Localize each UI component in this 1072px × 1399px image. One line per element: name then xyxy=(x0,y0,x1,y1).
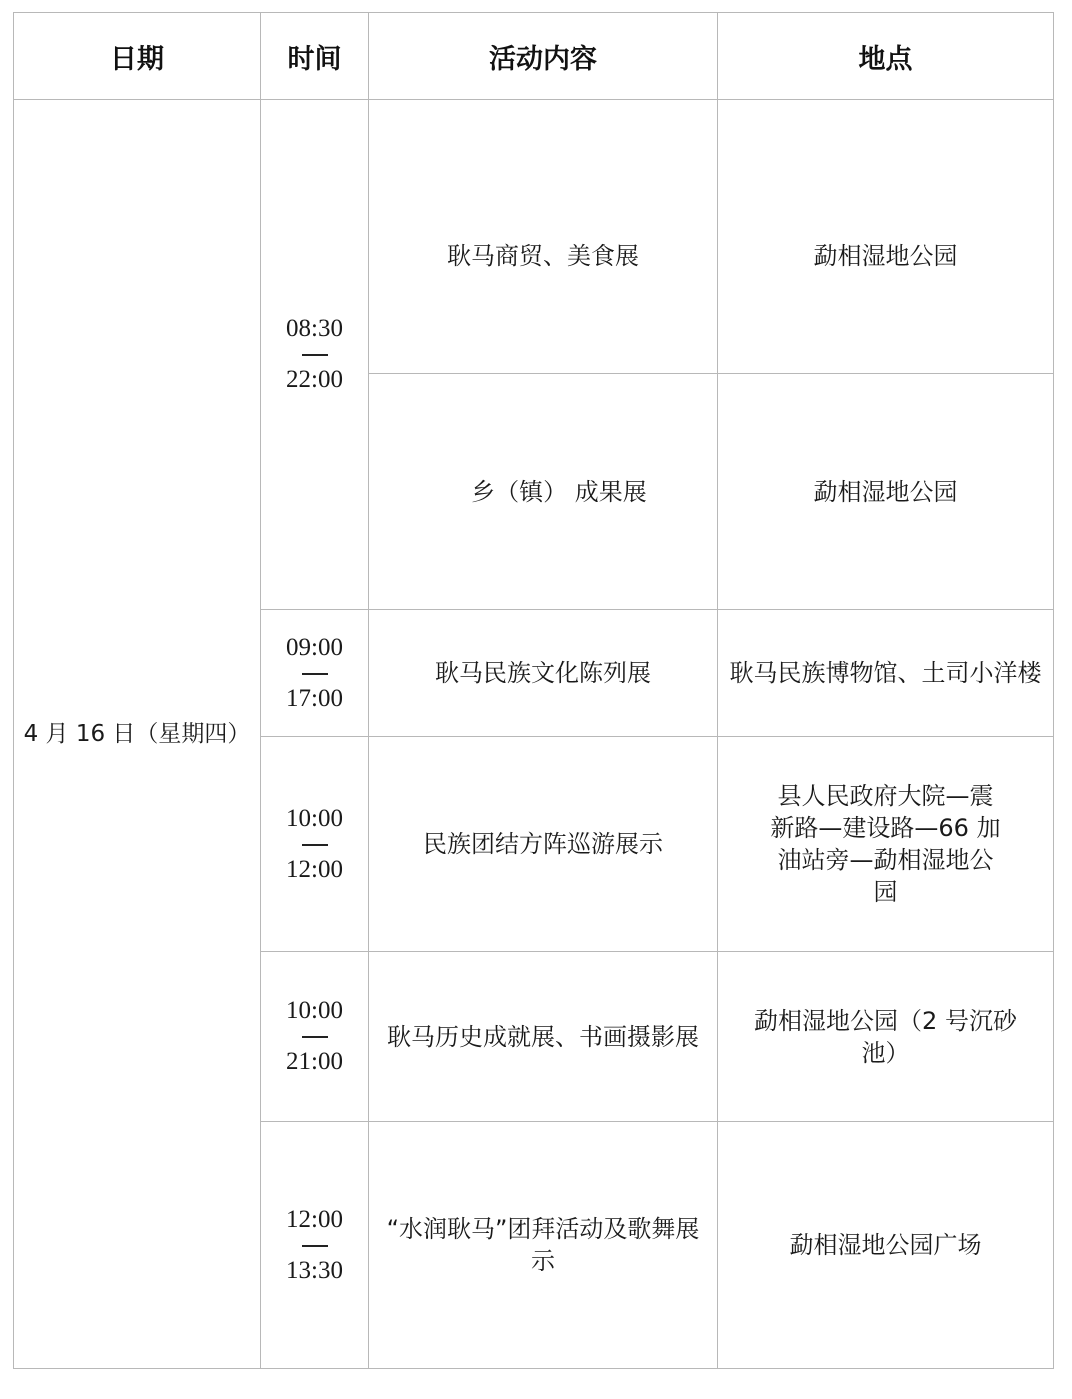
header-time: 时间 xyxy=(261,13,369,100)
activity-cell: “水润耿马”团拜活动及歌舞展示 xyxy=(369,1122,718,1369)
header-location: 地点 xyxy=(718,13,1054,100)
activity-cell: 乡（镇） 成果展 xyxy=(369,374,718,610)
time-cell: 08:30 22:00 xyxy=(261,100,369,610)
activity-cell: 耿马历史成就展、书画摄影展 xyxy=(369,952,718,1122)
location-cell: 耿马民族博物馆、土司小洋楼 xyxy=(718,610,1054,737)
date-cell: 4 月 16 日（星期四） xyxy=(14,100,261,1369)
header-row: 日期 时间 活动内容 地点 xyxy=(14,13,1054,100)
location-cell: 勐相湿地公园 xyxy=(718,374,1054,610)
time-start: 08:30 xyxy=(269,316,360,342)
time-dash xyxy=(302,1036,328,1038)
header-activity: 活动内容 xyxy=(369,13,718,100)
time-end: 12:00 xyxy=(269,857,360,883)
time-start: 12:00 xyxy=(269,1207,360,1233)
time-cell: 12:00 13:30 xyxy=(261,1122,369,1369)
table-row: 4 月 16 日（星期四） 08:30 22:00 耿马商贸、美食展 勐相湿地公… xyxy=(14,100,1054,374)
header-date: 日期 xyxy=(14,13,261,100)
location-cell: 勐相湿地公园 xyxy=(718,100,1054,374)
time-cell: 10:00 12:00 xyxy=(261,737,369,952)
location-cell: 勐相湿地公园（2 号沉砂池） xyxy=(718,952,1054,1122)
time-dash xyxy=(302,1245,328,1247)
time-end: 17:00 xyxy=(269,686,360,712)
time-start: 10:00 xyxy=(269,806,360,832)
time-cell: 09:00 17:00 xyxy=(261,610,369,737)
time-start: 10:00 xyxy=(269,998,360,1024)
time-end: 22:00 xyxy=(269,367,360,393)
time-start: 09:00 xyxy=(269,635,360,661)
activity-cell: 耿马商贸、美食展 xyxy=(369,100,718,374)
activity-cell: 耿马民族文化陈列展 xyxy=(369,610,718,737)
location-cell: 勐相湿地公园广场 xyxy=(718,1122,1054,1369)
time-dash xyxy=(302,844,328,846)
time-cell: 10:00 21:00 xyxy=(261,952,369,1122)
time-end: 21:00 xyxy=(269,1049,360,1075)
time-dash xyxy=(302,354,328,356)
time-end: 13:30 xyxy=(269,1258,360,1284)
location-cell: 县人民政府大院—震新路—建设路—66 加油站旁—勐相湿地公园 xyxy=(718,737,1054,952)
schedule-table: 日期 时间 活动内容 地点 4 月 16 日（星期四） 08:30 22:00 … xyxy=(13,12,1054,1369)
activity-cell: 民族团结方阵巡游展示 xyxy=(369,737,718,952)
time-dash xyxy=(302,673,328,675)
